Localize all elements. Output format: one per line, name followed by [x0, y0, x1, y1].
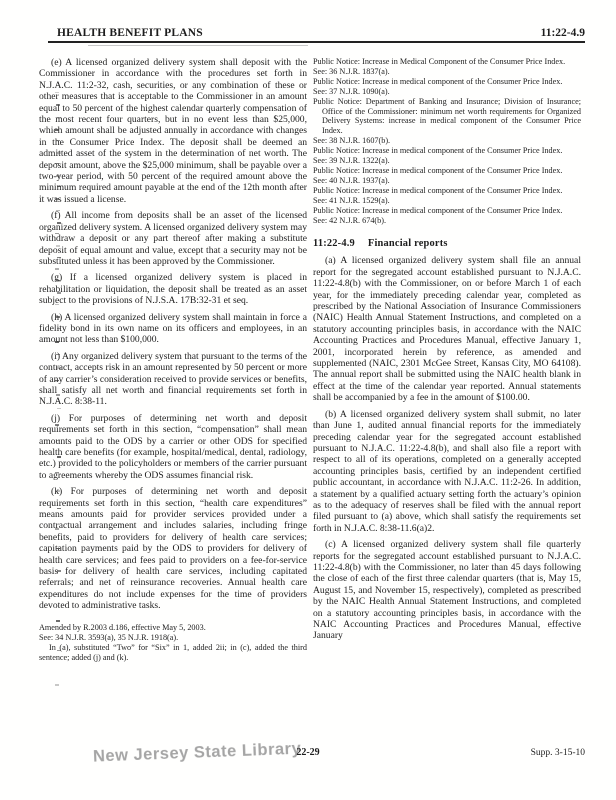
scan-artifact	[56, 316, 60, 318]
paragraph-e: (e) A licensed organized delivery system…	[39, 57, 307, 205]
scan-artifact	[56, 210, 60, 211]
history-amended-line: Amended by R.2003 d.186, effective May 5…	[39, 623, 307, 633]
scan-artifact	[56, 440, 60, 441]
scan-artifact	[57, 408, 61, 409]
section-number: 11:22-4.9	[313, 238, 355, 249]
scan-artifact	[56, 175, 60, 177]
scan-artifact	[56, 394, 60, 396]
history-see-line: See: 34 N.J.R. 3593(a), 35 N.J.R. 1918(a…	[39, 633, 307, 643]
public-notice-entry: Public Notice: Increase in medical compo…	[313, 146, 581, 156]
scan-artifact	[55, 472, 59, 473]
scan-artifact	[55, 424, 59, 426]
right-column: Public Notice: Increase in Medical Compo…	[313, 57, 581, 642]
scan-artifact	[57, 650, 61, 651]
see-citation: See: 37 N.J.R. 1090(a).	[313, 87, 581, 97]
scan-artifact	[57, 222, 61, 224]
scan-artifact	[57, 152, 61, 154]
scan-artifact	[55, 341, 59, 343]
history-change-note: In (a), substituted “Two” for “Six” in 1…	[39, 643, 307, 663]
paragraph-j: (j) For purposes of determining net wort…	[39, 408, 307, 481]
see-citation: See: 36 N.J.R. 1837(a).	[313, 67, 581, 77]
paragraph-a: (a) A licensed organized delivery system…	[313, 255, 581, 403]
see-citation: See: 42 N.J.R. 674(b).	[313, 216, 581, 226]
scan-artifact	[57, 117, 61, 118]
left-column: (e) A licensed organized delivery system…	[39, 57, 307, 663]
see-citation: See: 40 N.J.R. 1937(a).	[313, 176, 581, 186]
paragraph-i: (i) Any organized delivery system that p…	[39, 346, 307, 408]
scan-artifact	[55, 684, 59, 686]
scan-artifact	[57, 570, 61, 572]
scan-artifact	[56, 620, 60, 622]
see-citation: See: 41 N.J.R. 1529(a).	[313, 196, 581, 206]
scan-artifact	[56, 548, 60, 549]
scan-artifact	[57, 328, 61, 329]
scan-artifact	[55, 163, 59, 164]
page-number: 22-29	[0, 747, 616, 758]
public-notice-entry: Public Notice: Increase in medical compo…	[313, 186, 581, 196]
paragraph-b: (b) A licensed organized delivery system…	[313, 404, 581, 534]
scan-artifact	[56, 140, 60, 141]
paragraph-k: (k) For purposes of determining net wort…	[39, 481, 307, 611]
scan-artifact	[57, 367, 61, 369]
scan-artifact	[57, 292, 61, 294]
document-page: HEALTH BENEFIT PLANS 11:22-4.9 (e) A lic…	[0, 0, 616, 800]
paragraph-c: (c) A licensed organized delivery system…	[313, 534, 581, 642]
section-title: Financial reports	[368, 238, 448, 249]
scan-artifact	[57, 186, 61, 187]
see-citation: See: 39 N.J.R. 1322(a).	[313, 156, 581, 166]
scan-artifact	[56, 354, 60, 355]
scan-artifact	[56, 280, 60, 281]
paragraph-h: (h) A licensed organized delivery system…	[39, 307, 307, 346]
supplement-date: Supp. 3-15-10	[531, 748, 585, 758]
header-rule	[48, 41, 585, 43]
scan-artifact	[55, 304, 59, 305]
public-notice-entry: Public Notice: Increase in medical compo…	[313, 166, 581, 176]
see-citation: See: 38 N.J.R. 1607(b).	[313, 136, 581, 146]
scan-artifact	[55, 92, 59, 93]
scan-artifact	[56, 490, 60, 492]
scan-artifact	[56, 104, 60, 106]
scan-artifact	[55, 528, 59, 530]
section-heading: 11:22-4.9Financial reports	[313, 225, 581, 255]
running-head-section: 11:22-4.9	[541, 27, 585, 39]
scan-artifact	[57, 456, 61, 458]
scan-artifact	[55, 594, 59, 595]
scan-artifact	[57, 508, 61, 509]
public-notice-entry: Public Notice: Department of Banking and…	[313, 97, 581, 137]
scan-artifact	[57, 257, 61, 258]
scan-artifact	[55, 268, 59, 270]
scan-artifact	[55, 198, 59, 200]
running-head-title: HEALTH BENEFIT PLANS	[57, 27, 203, 39]
header-rule-artifact	[88, 45, 308, 46]
public-notice-entry: Public Notice: Increase in medical compo…	[313, 206, 581, 216]
scan-artifact	[55, 233, 59, 234]
public-notice-entry: Public Notice: Increase in medical compo…	[313, 77, 581, 87]
scan-artifact	[55, 129, 59, 131]
scan-artifact	[55, 380, 59, 381]
paragraph-f: (f) All income from deposits shall be an…	[39, 205, 307, 267]
public-notice-entry: Public Notice: Increase in Medical Compo…	[313, 57, 581, 67]
scan-artifact	[56, 245, 60, 247]
amendment-history: Amended by R.2003 d.186, effective May 5…	[39, 623, 307, 663]
paragraph-g: (g) If a licensed organized delivery sys…	[39, 267, 307, 306]
